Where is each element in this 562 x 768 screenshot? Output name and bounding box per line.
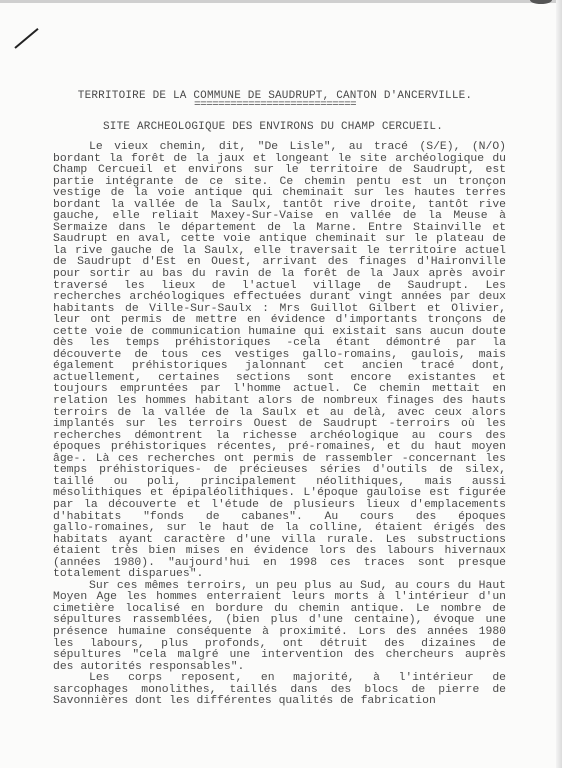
- text-line: pour sortir au bas du ravin de la forêt …: [53, 269, 506, 281]
- text-line: gallo-romaines, sur le haut de la collin…: [53, 523, 506, 535]
- text-line: étaient très bien mises en évidence lors…: [53, 546, 506, 558]
- text-line: recherches archéologiques effectuées dur…: [53, 292, 506, 304]
- document-body: Le vieux chemin, dit, "De Lisle", au tra…: [53, 142, 506, 708]
- text-line: Les corps reposent, en majorité, à l'int…: [53, 673, 506, 685]
- text-line: Savonnières dont les différentes qualité…: [53, 696, 506, 708]
- text-line: sépultures "cela malgré une intervention…: [53, 650, 506, 662]
- text-line: implantés sur les terroirs Ouest de Saud…: [53, 419, 506, 431]
- pen-mark: [14, 28, 38, 49]
- text-line: Le vieux chemin, dit, "De Lisle", au tra…: [53, 142, 506, 154]
- page-top-edge: [0, 0, 562, 3]
- document-subtitle: SITE ARCHEOLOGIQUE DES ENVIRONS DU CHAMP…: [0, 121, 554, 133]
- page-right-edge: [556, 0, 562, 768]
- text-line: vestige de la voie antique qui cheminait…: [53, 188, 506, 200]
- text-line: présence humaine conséquente à proximité…: [53, 627, 506, 639]
- title-underline: ===========================: [0, 99, 556, 111]
- text-line: par la découverte et l'étude de plusieur…: [53, 500, 506, 512]
- scan-smudge: [530, 0, 552, 4]
- text-line: relation les hommes habitant alors de no…: [53, 396, 506, 408]
- text-line: Champ Cercueil et environs sur le territ…: [53, 165, 506, 177]
